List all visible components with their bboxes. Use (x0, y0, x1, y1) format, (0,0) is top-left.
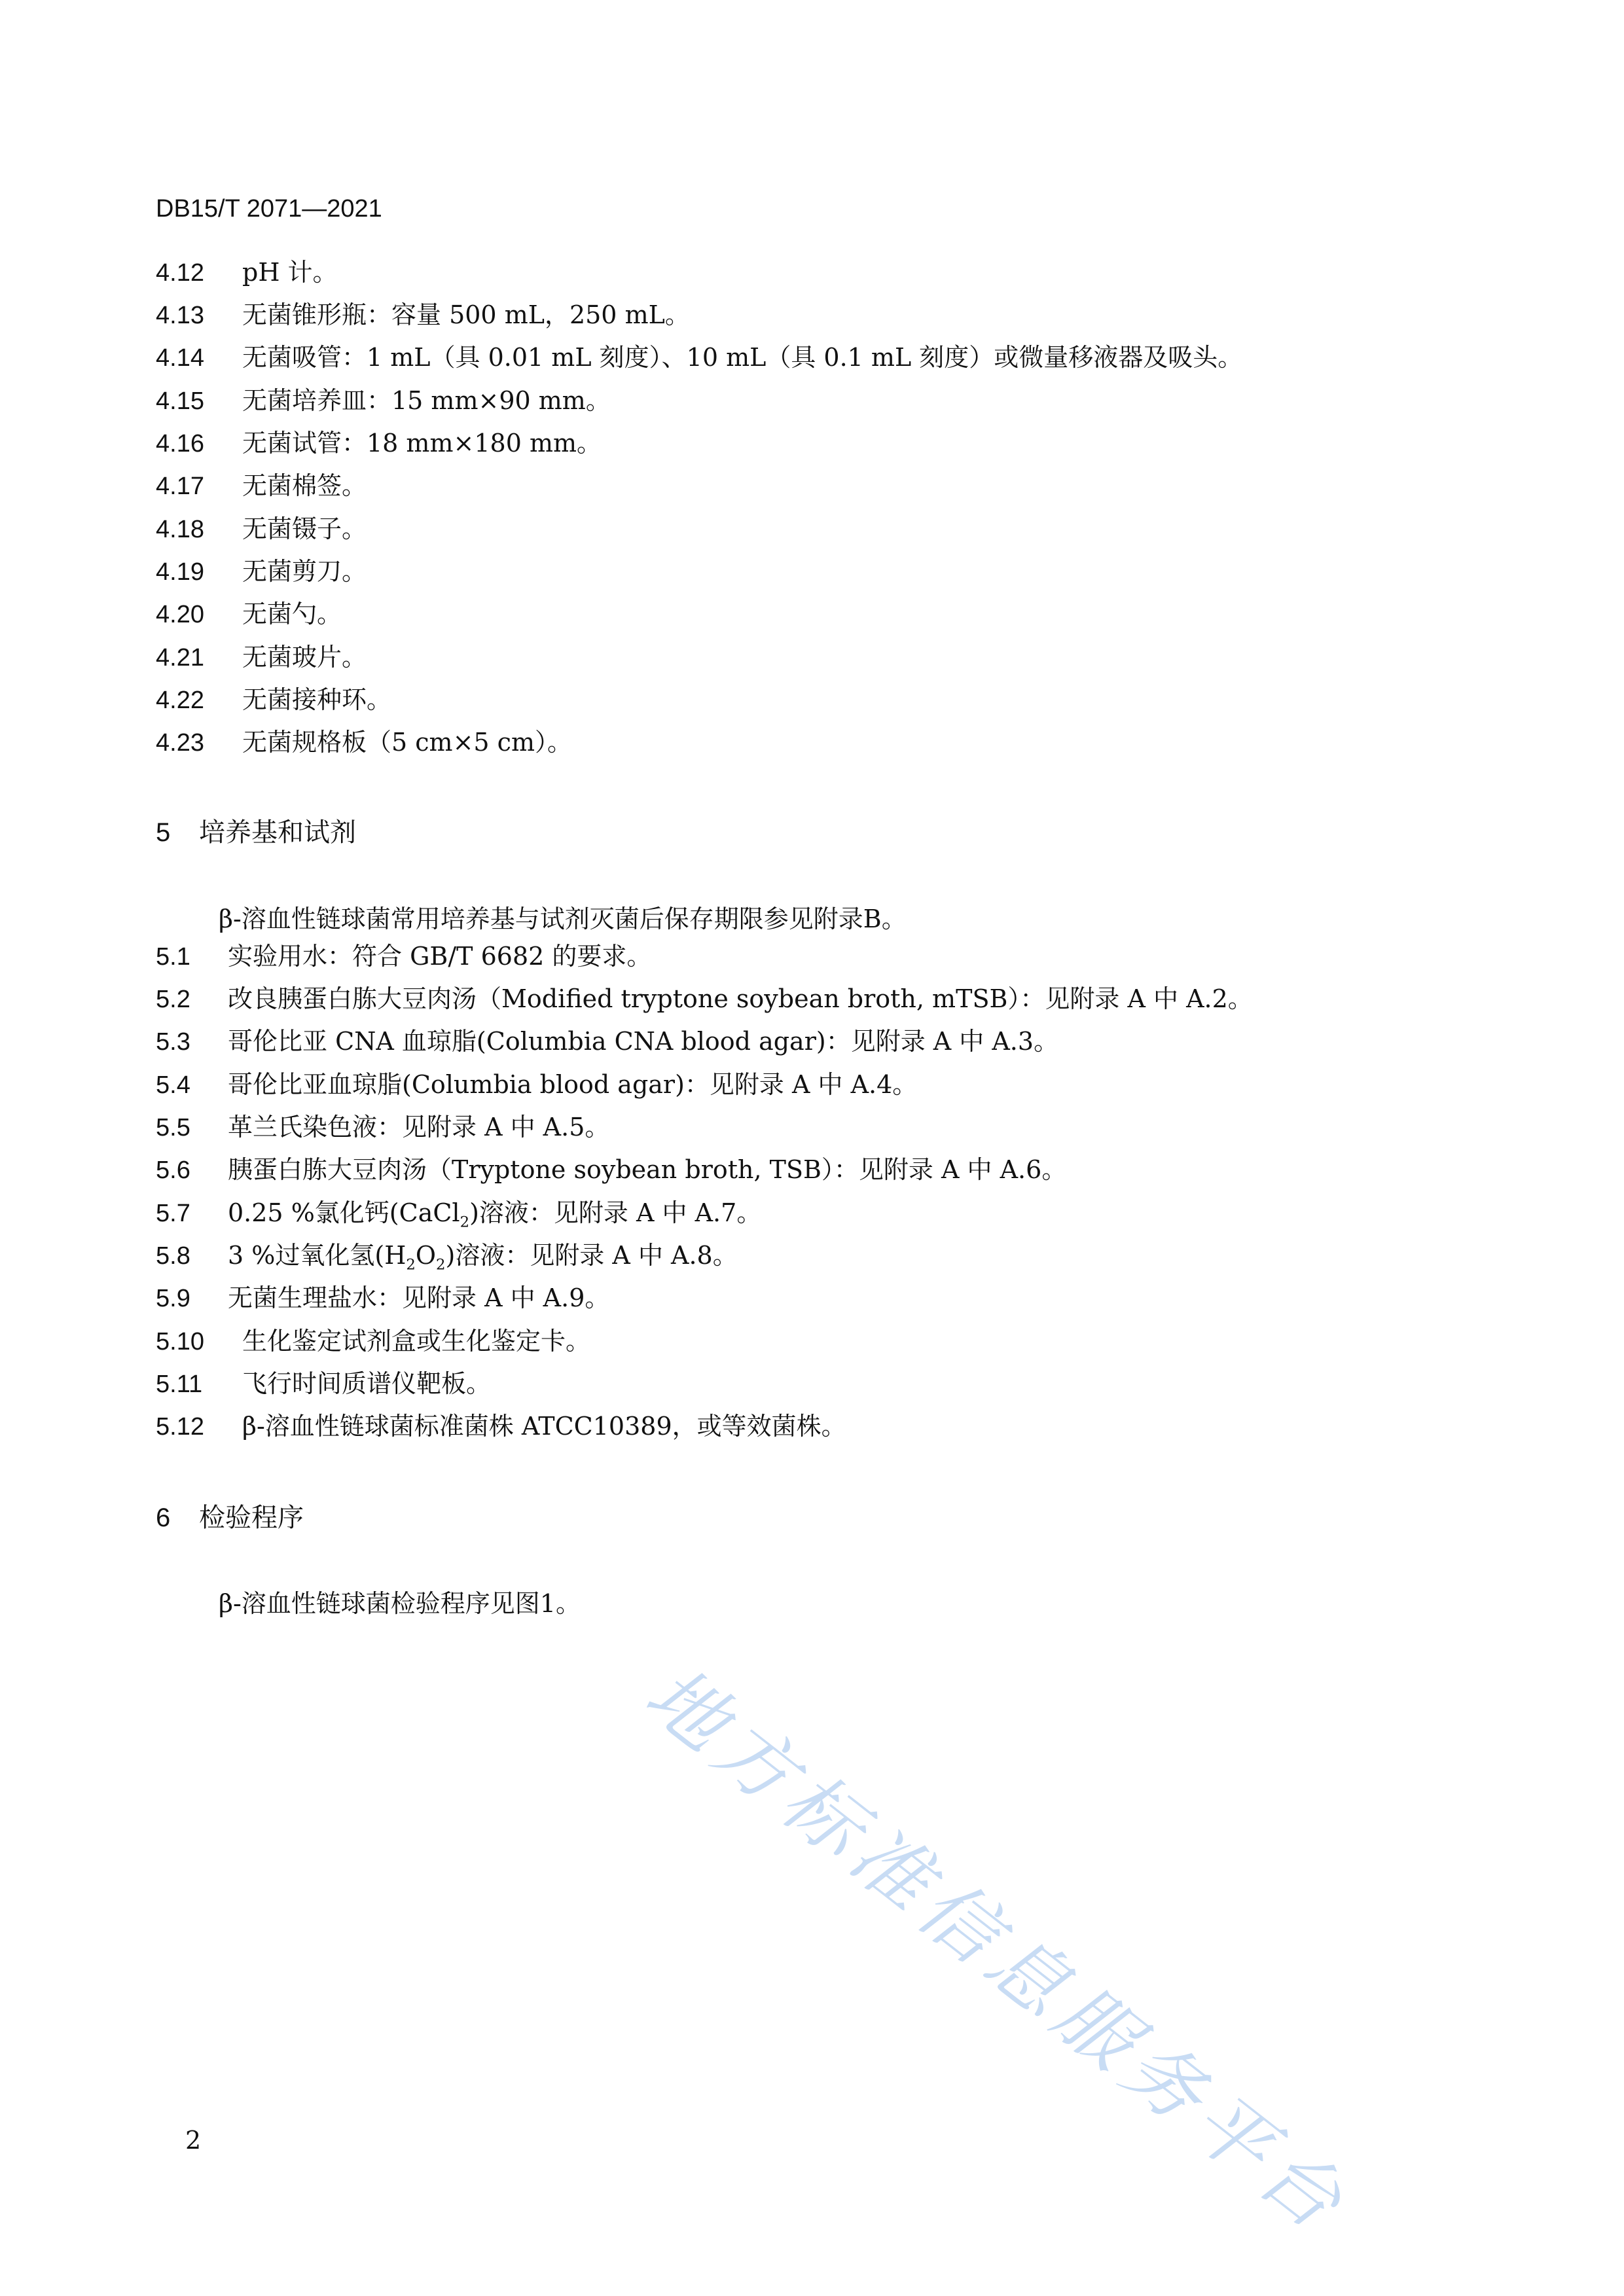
list-item: 4.12pH 计。 (156, 257, 338, 289)
list-item: 4.14无菌吸管：1 mL（具 0.01 mL 刻度）、10 mL（具 0.1 … (156, 342, 1242, 374)
document-code-header: DB15/T 2071—2021 (156, 195, 382, 223)
item-text: 无菌规格板（5 cm×5 cm）。 (242, 726, 572, 758)
item-text: 革兰氏染色液：见附录 A 中 A.5。 (228, 1111, 609, 1143)
item-text: 实验用水：符合 GB/T 6682 的要求。 (228, 941, 651, 972)
item-text: 无菌镊子。 (242, 513, 367, 545)
item-text: 无菌吸管：1 mL（具 0.01 mL 刻度）、10 mL（具 0.1 mL 刻… (242, 342, 1242, 373)
section-5-intro: β-溶血性链球菌常用培养基与试剂灭菌后保存期限参见附录B。 (219, 899, 907, 935)
section-number: 6 (156, 1503, 199, 1533)
item-number: 5.7 (156, 1198, 228, 1229)
subscript: 2 (436, 1257, 446, 1274)
item-number: 5.11 (156, 1369, 242, 1400)
list-item: 4.20无菌勺。 (156, 598, 342, 630)
section-heading-5: 5培养基和试剂 (156, 812, 356, 849)
item-number: 5.12 (156, 1411, 242, 1443)
list-item: 5.83 %过氧化氢(H2O2)溶液：见附录 A 中 A.8。 (156, 1240, 738, 1281)
item-number: 4.17 (156, 471, 242, 502)
list-item: 5.10生化鉴定试剂盒或生化鉴定卡。 (156, 1325, 590, 1357)
item-number: 4.21 (156, 642, 242, 673)
item-number: 4.15 (156, 386, 242, 417)
item-text: 无菌试管：18 mm×180 mm。 (242, 427, 602, 459)
item-number: 4.23 (156, 727, 242, 759)
item-text: 无菌勺。 (242, 598, 342, 630)
item-number: 4.14 (156, 342, 242, 374)
item-text: 哥伦比亚血琼脂(Columbia blood agar)：见附录 A 中 A.4… (228, 1069, 917, 1100)
text-fragment: O (416, 1241, 436, 1270)
list-item: 5.5革兰氏染色液：见附录 A 中 A.5。 (156, 1111, 609, 1143)
item-number: 4.19 (156, 556, 242, 588)
item-text: 无菌生理盐水：见附录 A 中 A.9。 (228, 1282, 609, 1314)
list-item: 4.17无菌棉签。 (156, 470, 367, 502)
item-number: 4.20 (156, 599, 242, 630)
item-number: 4.18 (156, 514, 242, 545)
item-text: 3 %过氧化氢(H2O2)溶液：见附录 A 中 A.8。 (228, 1240, 738, 1281)
page-number: 2 (185, 2126, 201, 2155)
list-item: 5.4哥伦比亚血琼脂(Columbia blood agar)：见附录 A 中 … (156, 1069, 917, 1101)
item-text: 无菌接种环。 (242, 684, 391, 715)
section-6-intro: β-溶血性链球菌检验程序见图1。 (219, 1583, 581, 1619)
text-fragment: )溶液：见附录 A 中 A.7。 (469, 1198, 761, 1227)
item-number: 5.6 (156, 1155, 228, 1186)
list-item: 5.11飞行时间质谱仪靶板。 (156, 1368, 491, 1400)
list-item: 5.3哥伦比亚 CNA 血琼脂(Columbia CNA blood agar)… (156, 1026, 1058, 1058)
list-item: 4.13无菌锥形瓶：容量 500 mL，250 mL。 (156, 299, 690, 331)
text-fragment: )溶液：见附录 A 中 A.8。 (446, 1241, 738, 1270)
section-title: 检验程序 (199, 1503, 304, 1532)
list-item: 5.70.25 %氯化钙(CaCl2)溶液：见附录 A 中 A.7。 (156, 1197, 761, 1238)
item-text: 胰蛋白胨大豆肉汤（Tryptone soybean broth, TSB）：见附… (228, 1154, 1066, 1185)
item-text: 改良胰蛋白胨大豆肉汤（Modified tryptone soybean bro… (228, 983, 1253, 1014)
item-number: 5.5 (156, 1112, 228, 1143)
item-number: 5.8 (156, 1240, 228, 1272)
item-text: β-溶血性链球菌标准菌株 ATCC10389，或等效菌株。 (242, 1410, 846, 1442)
list-item: 5.12β-溶血性链球菌标准菌株 ATCC10389，或等效菌株。 (156, 1410, 846, 1443)
item-number: 4.12 (156, 257, 242, 289)
item-text: 0.25 %氯化钙(CaCl2)溶液：见附录 A 中 A.7。 (228, 1197, 761, 1238)
list-item: 4.16无菌试管：18 mm×180 mm。 (156, 427, 602, 459)
item-number: 5.10 (156, 1326, 242, 1357)
item-text: 无菌锥形瓶：容量 500 mL，250 mL。 (242, 299, 690, 331)
text-fragment: 0.25 %氯化钙(CaCl (228, 1198, 460, 1227)
section-title: 培养基和试剂 (199, 818, 356, 847)
item-text: 哥伦比亚 CNA 血琼脂(Columbia CNA blood agar)：见附… (228, 1026, 1058, 1057)
item-number: 5.3 (156, 1026, 228, 1058)
item-text: 无菌剪刀。 (242, 556, 367, 587)
list-item: 4.15无菌培养皿：15 mm×90 mm。 (156, 385, 611, 417)
list-item: 4.18无菌镊子。 (156, 513, 367, 545)
item-text: pH 计。 (242, 257, 338, 288)
watermark: 地方标准信息服务平台 (627, 1635, 1377, 2255)
item-number: 5.1 (156, 941, 228, 973)
section-number: 5 (156, 818, 199, 848)
item-number: 5.4 (156, 1069, 228, 1101)
list-item: 4.21无菌玻片。 (156, 641, 367, 673)
item-number: 5.2 (156, 984, 228, 1015)
item-text: 飞行时间质谱仪靶板。 (242, 1368, 491, 1399)
item-text: 生化鉴定试剂盒或生化鉴定卡。 (242, 1325, 590, 1357)
subscript: 2 (460, 1214, 470, 1231)
document-page: DB15/T 2071—2021 4.12pH 计。 4.13无菌锥形瓶：容量 … (0, 0, 1624, 2296)
list-item: 4.19无菌剪刀。 (156, 556, 367, 588)
item-text: 无菌培养皿：15 mm×90 mm。 (242, 385, 611, 416)
list-item: 4.22无菌接种环。 (156, 684, 391, 716)
item-text: 无菌棉签。 (242, 470, 367, 501)
list-item: 5.2改良胰蛋白胨大豆肉汤（Modified tryptone soybean … (156, 983, 1253, 1015)
list-item: 5.9无菌生理盐水：见附录 A 中 A.9。 (156, 1282, 609, 1314)
item-number: 5.9 (156, 1283, 228, 1314)
subscript: 2 (406, 1257, 416, 1274)
item-number: 4.13 (156, 300, 242, 331)
list-item: 5.6胰蛋白胨大豆肉汤（Tryptone soybean broth, TSB）… (156, 1154, 1066, 1186)
item-text: 无菌玻片。 (242, 641, 367, 673)
section-heading-6: 6检验程序 (156, 1497, 304, 1534)
item-number: 4.22 (156, 685, 242, 716)
text-fragment: 3 %过氧化氢(H (228, 1241, 406, 1270)
item-number: 4.16 (156, 428, 242, 459)
list-item: 4.23无菌规格板（5 cm×5 cm）。 (156, 726, 572, 759)
list-item: 5.1实验用水：符合 GB/T 6682 的要求。 (156, 941, 651, 973)
